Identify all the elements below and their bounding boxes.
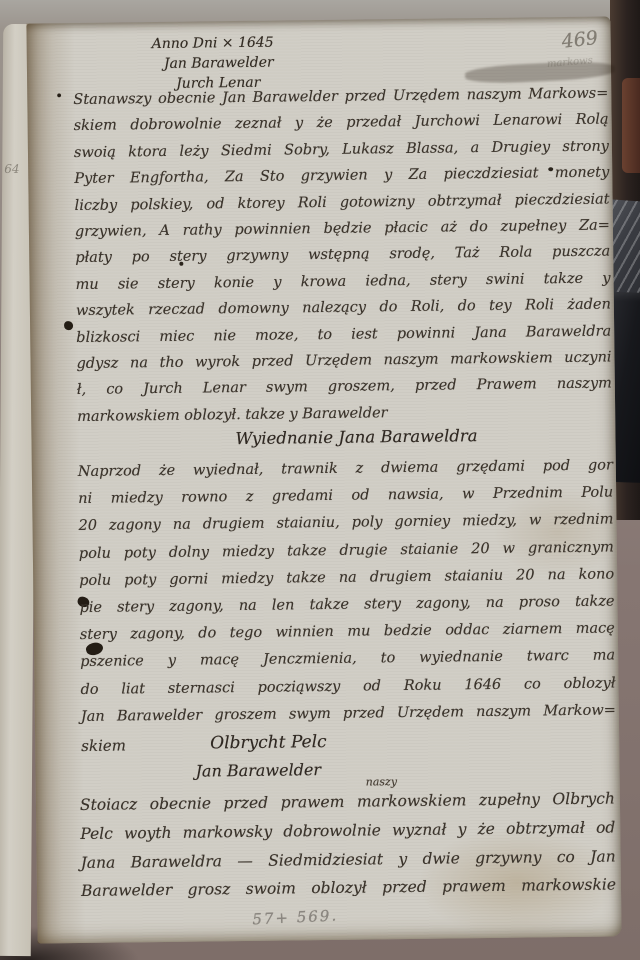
manuscript-page: 469 markows Anno Dni × 1645 Jan Baraweld… <box>26 16 621 943</box>
margin-mark: • <box>55 89 63 104</box>
entry-2-text: Naprzod że wyiednał, trawnik z dwiema gr… <box>78 452 616 731</box>
entry-3-text: Stoiacz obecnie przed prawem markowskiem… <box>80 784 616 906</box>
header-name-1: Jan Barawelder <box>164 53 274 74</box>
previous-page-mark: 64 <box>4 162 19 176</box>
entry-3-heading-name-1: Olbrycht Pelc <box>210 732 327 753</box>
page-number: 469 <box>560 27 599 53</box>
manuscript-photo: 64 469 markows Anno Dni × 1645 Jan Baraw… <box>0 0 640 960</box>
header-date: Anno Dni × 1645 <box>152 33 274 54</box>
entry-3-heading-name-2: Jan Barawelder <box>195 760 321 781</box>
entry-2-last-word: skiem <box>81 736 126 755</box>
ink-blot <box>64 321 73 330</box>
book-cover-fragment <box>622 78 640 173</box>
entry-2-heading: Wyiednanie Jana Baraweldra <box>211 426 501 449</box>
entry-1-text: Stanawszy obecnie Jan Barawelder przed U… <box>73 80 612 430</box>
